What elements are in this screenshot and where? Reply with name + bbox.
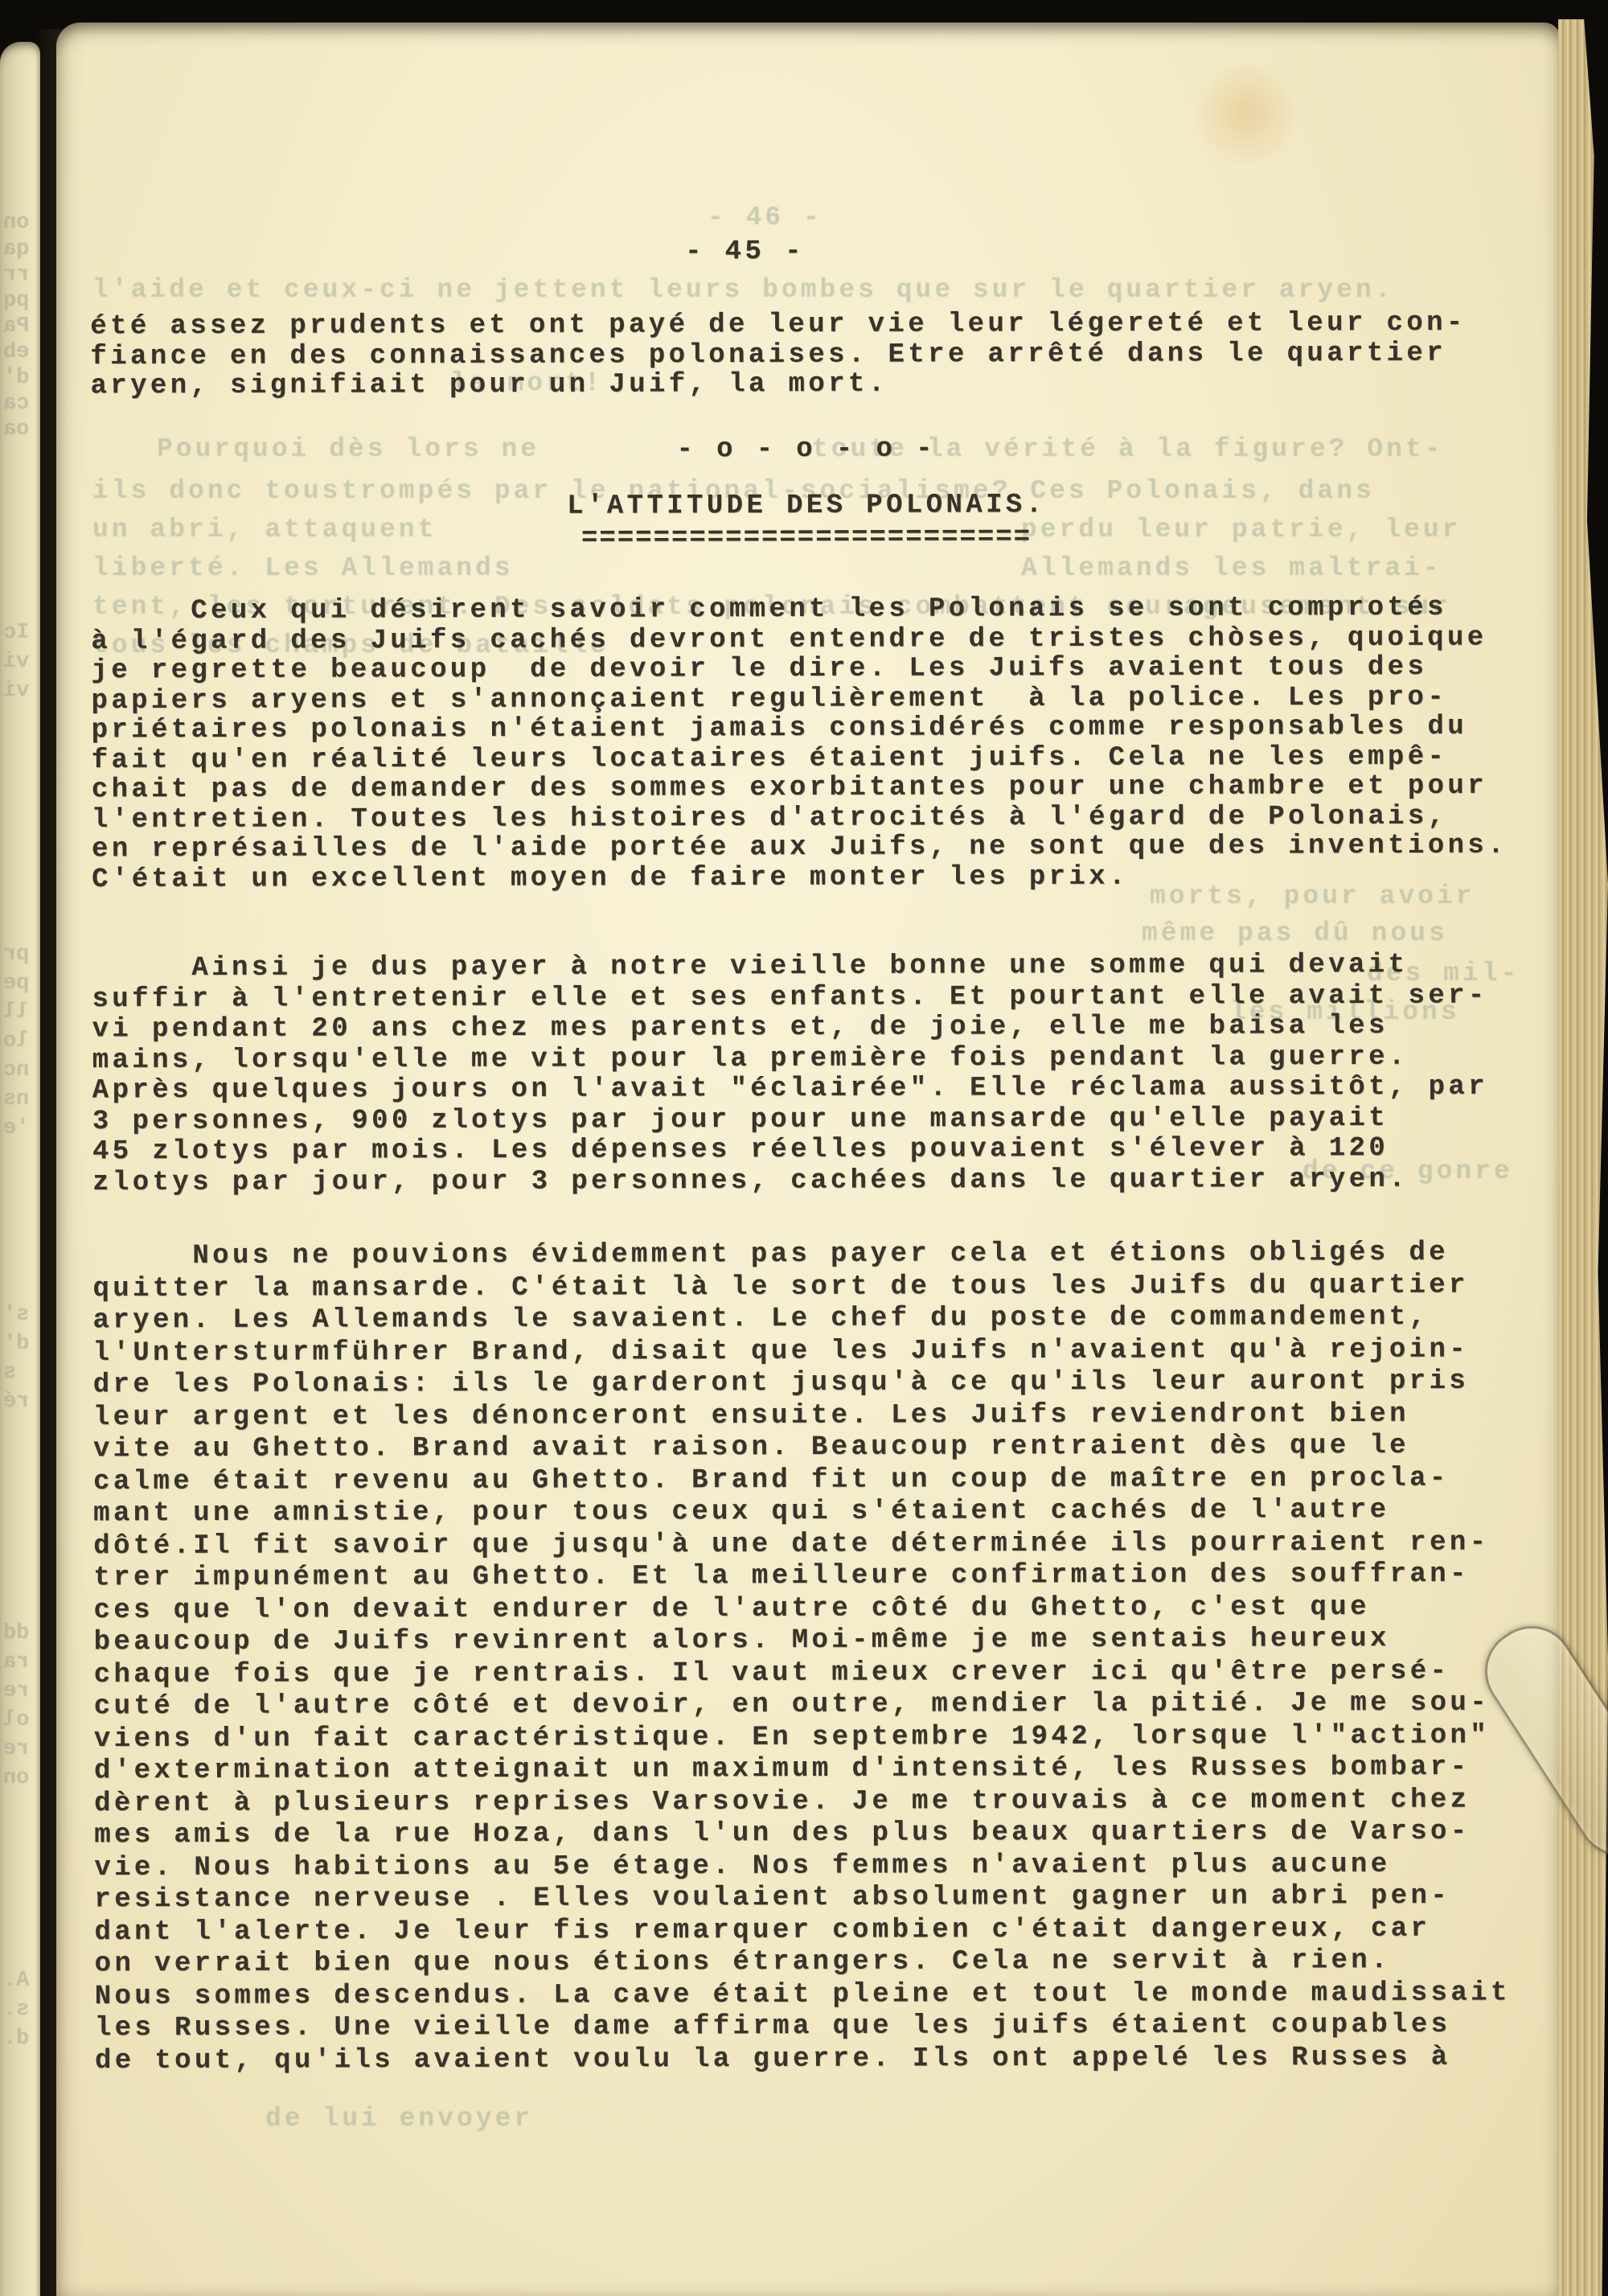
mirrored-bleed-mark: oa — [3, 417, 29, 442]
paragraph: Ainsi je dus payer à notre vieille bonne… — [92, 950, 1488, 1198]
typed-line: papiers aryens et s'annonçaient regulièr… — [91, 683, 1507, 717]
typed-line: cuté de l'autre côté et devoir, en outre… — [94, 1687, 1510, 1723]
typed-line: chaque fois que je rentrais. Il vaut mie… — [94, 1655, 1510, 1691]
mirrored-bleed-mark: ra — [3, 1650, 29, 1674]
typed-line: chait pas de demander des sommes exorbit… — [92, 772, 1507, 806]
mirrored-bleed-mark: re — [3, 1679, 29, 1703]
typed-line: fiance en des connaissances polonaises. … — [90, 339, 1466, 372]
typed-line: à l'égard des Juifs cachés devront enten… — [91, 623, 1507, 657]
mirrored-bleed-mark: on — [3, 1766, 29, 1790]
mirrored-bleed-mark: ns — [3, 1087, 29, 1111]
mirrored-bleed-mark: Ic — [3, 621, 29, 645]
mirrored-bleed-mark: d' — [3, 1332, 29, 1356]
typed-line: mains, lorsqu'elle me vit pour la premiè… — [92, 1041, 1488, 1076]
typed-line: dôté.Il fit savoir que jusqu'à une date … — [93, 1526, 1509, 1563]
typed-line: dèrent à plusieurs reprises Varsovie. Je… — [94, 1784, 1510, 1820]
typed-line: dant l'alerte. Je leur fis remarquer com… — [94, 1912, 1510, 1949]
typed-line: Ceux qui désirent savoir comment les Pol… — [91, 594, 1507, 627]
typed-line: zlotys par jour, pour 3 personnes, caché… — [92, 1164, 1488, 1198]
typed-line: vite au Ghetto. Brand avait raison. Beau… — [93, 1430, 1509, 1466]
mirrored-bleed-mark: qa — [3, 237, 29, 261]
typed-line: Nous sommes descendus. La cave était ple… — [95, 1977, 1511, 2013]
typed-line: je regrette beaucoup de devoir le dire. … — [91, 653, 1507, 687]
typed-line: resistance nerveuse . Elles voulaient ab… — [94, 1880, 1510, 1916]
typed-line: viens d'un fait caractéristique. En sept… — [94, 1719, 1510, 1756]
paragraph: Nous ne pouvions évidemment pas payer ce… — [92, 1237, 1511, 2077]
typed-line: Après quelques jours on l'avait "éclairé… — [92, 1072, 1488, 1107]
mirrored-bleed-mark: ca — [3, 392, 29, 416]
typed-line: on verrait bien que nous étions étranger… — [95, 1945, 1511, 1981]
mirrored-bleed-mark: eb — [3, 340, 29, 364]
mirrored-bleed-mark: s' — [3, 1303, 29, 1327]
typed-line: été assez prudents et ont payé de leur v… — [90, 309, 1466, 342]
typed-line: aryen, signifiait pour un Juif, la mort. — [90, 368, 1466, 401]
mirrored-bleed-mark: s. — [3, 1998, 29, 2022]
typed-line: Nous ne pouvions évidemment pas payer ce… — [92, 1237, 1508, 1273]
typewritten-text-layer: - 45 - été assez prudents et ont payé de… — [53, 21, 1564, 2296]
document-page: - 46 -l'aide et ceux-ci ne jettent leurs… — [56, 23, 1561, 2296]
typed-line: en représailles de l'aide portée aux Jui… — [92, 832, 1507, 865]
page-number: - 45 - — [685, 236, 805, 267]
typed-line: fait qu'en réalité leurs locataires étai… — [92, 742, 1507, 776]
typed-line: de tout, qu'ils avaient voulu la guerre.… — [95, 2041, 1511, 2077]
mirrored-bleed-mark: ol — [3, 1708, 29, 1732]
typed-line: mes amis de la rue Hoza, dans l'un des p… — [94, 1816, 1510, 1852]
mirrored-bleed-mark: on — [3, 211, 29, 235]
section-separator: - o - o - o - — [91, 433, 1522, 467]
previous-page-edge: onqarrpqPaebd'caoaIcviviprpellloncns'es'… — [0, 42, 40, 2296]
mirrored-bleed-mark: dd — [3, 1621, 29, 1645]
mirrored-bleed-mark: ll — [3, 1000, 29, 1025]
typed-line: l'entretien. Toutes les histoires d'atro… — [92, 802, 1507, 836]
mirrored-bleed-mark: d. — [3, 2027, 29, 2051]
typed-line: suffir à l'entretenir elle et ses enfant… — [92, 980, 1487, 1015]
mirrored-bleed-mark: nc — [3, 1058, 29, 1082]
typed-line: priétaires polonais n'étaient jamais con… — [92, 713, 1507, 746]
mirrored-bleed-mark: Pa — [3, 314, 29, 339]
scanned-document: onqarrpqPaebd'caoaIcviviprpellloncns'es'… — [0, 0, 1608, 2296]
typed-line: C'était un excellent moyen de faire mont… — [92, 861, 1507, 895]
mirrored-bleed-mark: pr — [3, 943, 29, 967]
mirrored-bleed-mark: vi — [3, 650, 29, 674]
mirrored-bleed-mark: vi — [3, 679, 29, 703]
page-stack-edge — [1558, 19, 1608, 2296]
mirrored-bleed-mark: 'e — [3, 1116, 29, 1140]
section-heading: L'ATTITUDE DES POLONAIS. — [91, 489, 1522, 524]
mirrored-bleed-mark: A. — [3, 1969, 29, 1993]
typed-line: d'extermination atteignait un maximum d'… — [94, 1752, 1510, 1788]
mirrored-bleed-mark: d' — [3, 366, 29, 390]
mirrored-bleed-mark: pq — [3, 289, 29, 313]
typed-line: 3 personnes, 900 zlotys par jour pour un… — [92, 1103, 1488, 1137]
typed-line: vie. Nous habitions au 5e étage. Nos fem… — [94, 1848, 1510, 1884]
typed-line: dre les Polonais: ils le garderont jusqu… — [93, 1366, 1509, 1402]
heading-underline: ========================= — [91, 521, 1522, 556]
mirrored-bleed-mark: rr — [3, 263, 29, 287]
mirrored-bleed-mark: pe — [3, 971, 29, 996]
typed-line: mant une amnistie, pour tous ceux qui s'… — [93, 1494, 1509, 1530]
typed-line: beaucoup de Juifs revinrent alors. Moi-m… — [94, 1623, 1510, 1659]
typed-line: trer impunément au Ghetto. Et la meilleu… — [93, 1559, 1509, 1595]
typed-line: les Russes. Une vieille dame affirma que… — [95, 2009, 1511, 2045]
mirrored-bleed-mark: ré — [3, 1390, 29, 1414]
typed-line: aryen. Les Allemands le savaient. Le che… — [92, 1301, 1508, 1337]
mirrored-bleed-mark: s — [3, 1361, 16, 1385]
paragraph: Ceux qui désirent savoir comment les Pol… — [91, 594, 1507, 895]
typed-line: vi pendant 20 ans chez mes parents et, d… — [92, 1011, 1488, 1045]
typed-line: Ainsi je dus payer à notre vieille bonne… — [92, 950, 1487, 984]
typed-line: leur argent et les dénonceront ensuite. … — [93, 1398, 1509, 1434]
mirrored-bleed-mark: lo — [3, 1029, 29, 1054]
typed-line: 45 zlotys par mois. Les dépenses réelles… — [92, 1133, 1488, 1168]
typed-line: ces que l'on devait endurer de l'autre c… — [93, 1591, 1509, 1627]
typed-line: calme était revenu au Ghetto. Brand fit … — [93, 1462, 1509, 1498]
mirrored-bleed-mark: re — [3, 1737, 29, 1761]
typed-line: quitter la mansarde. C'était là le sort … — [92, 1269, 1508, 1305]
typed-line: l'Untersturmführer Brand, disait que les… — [93, 1333, 1509, 1370]
paragraph-continuation: été assez prudents et ont payé de leur v… — [90, 309, 1466, 401]
